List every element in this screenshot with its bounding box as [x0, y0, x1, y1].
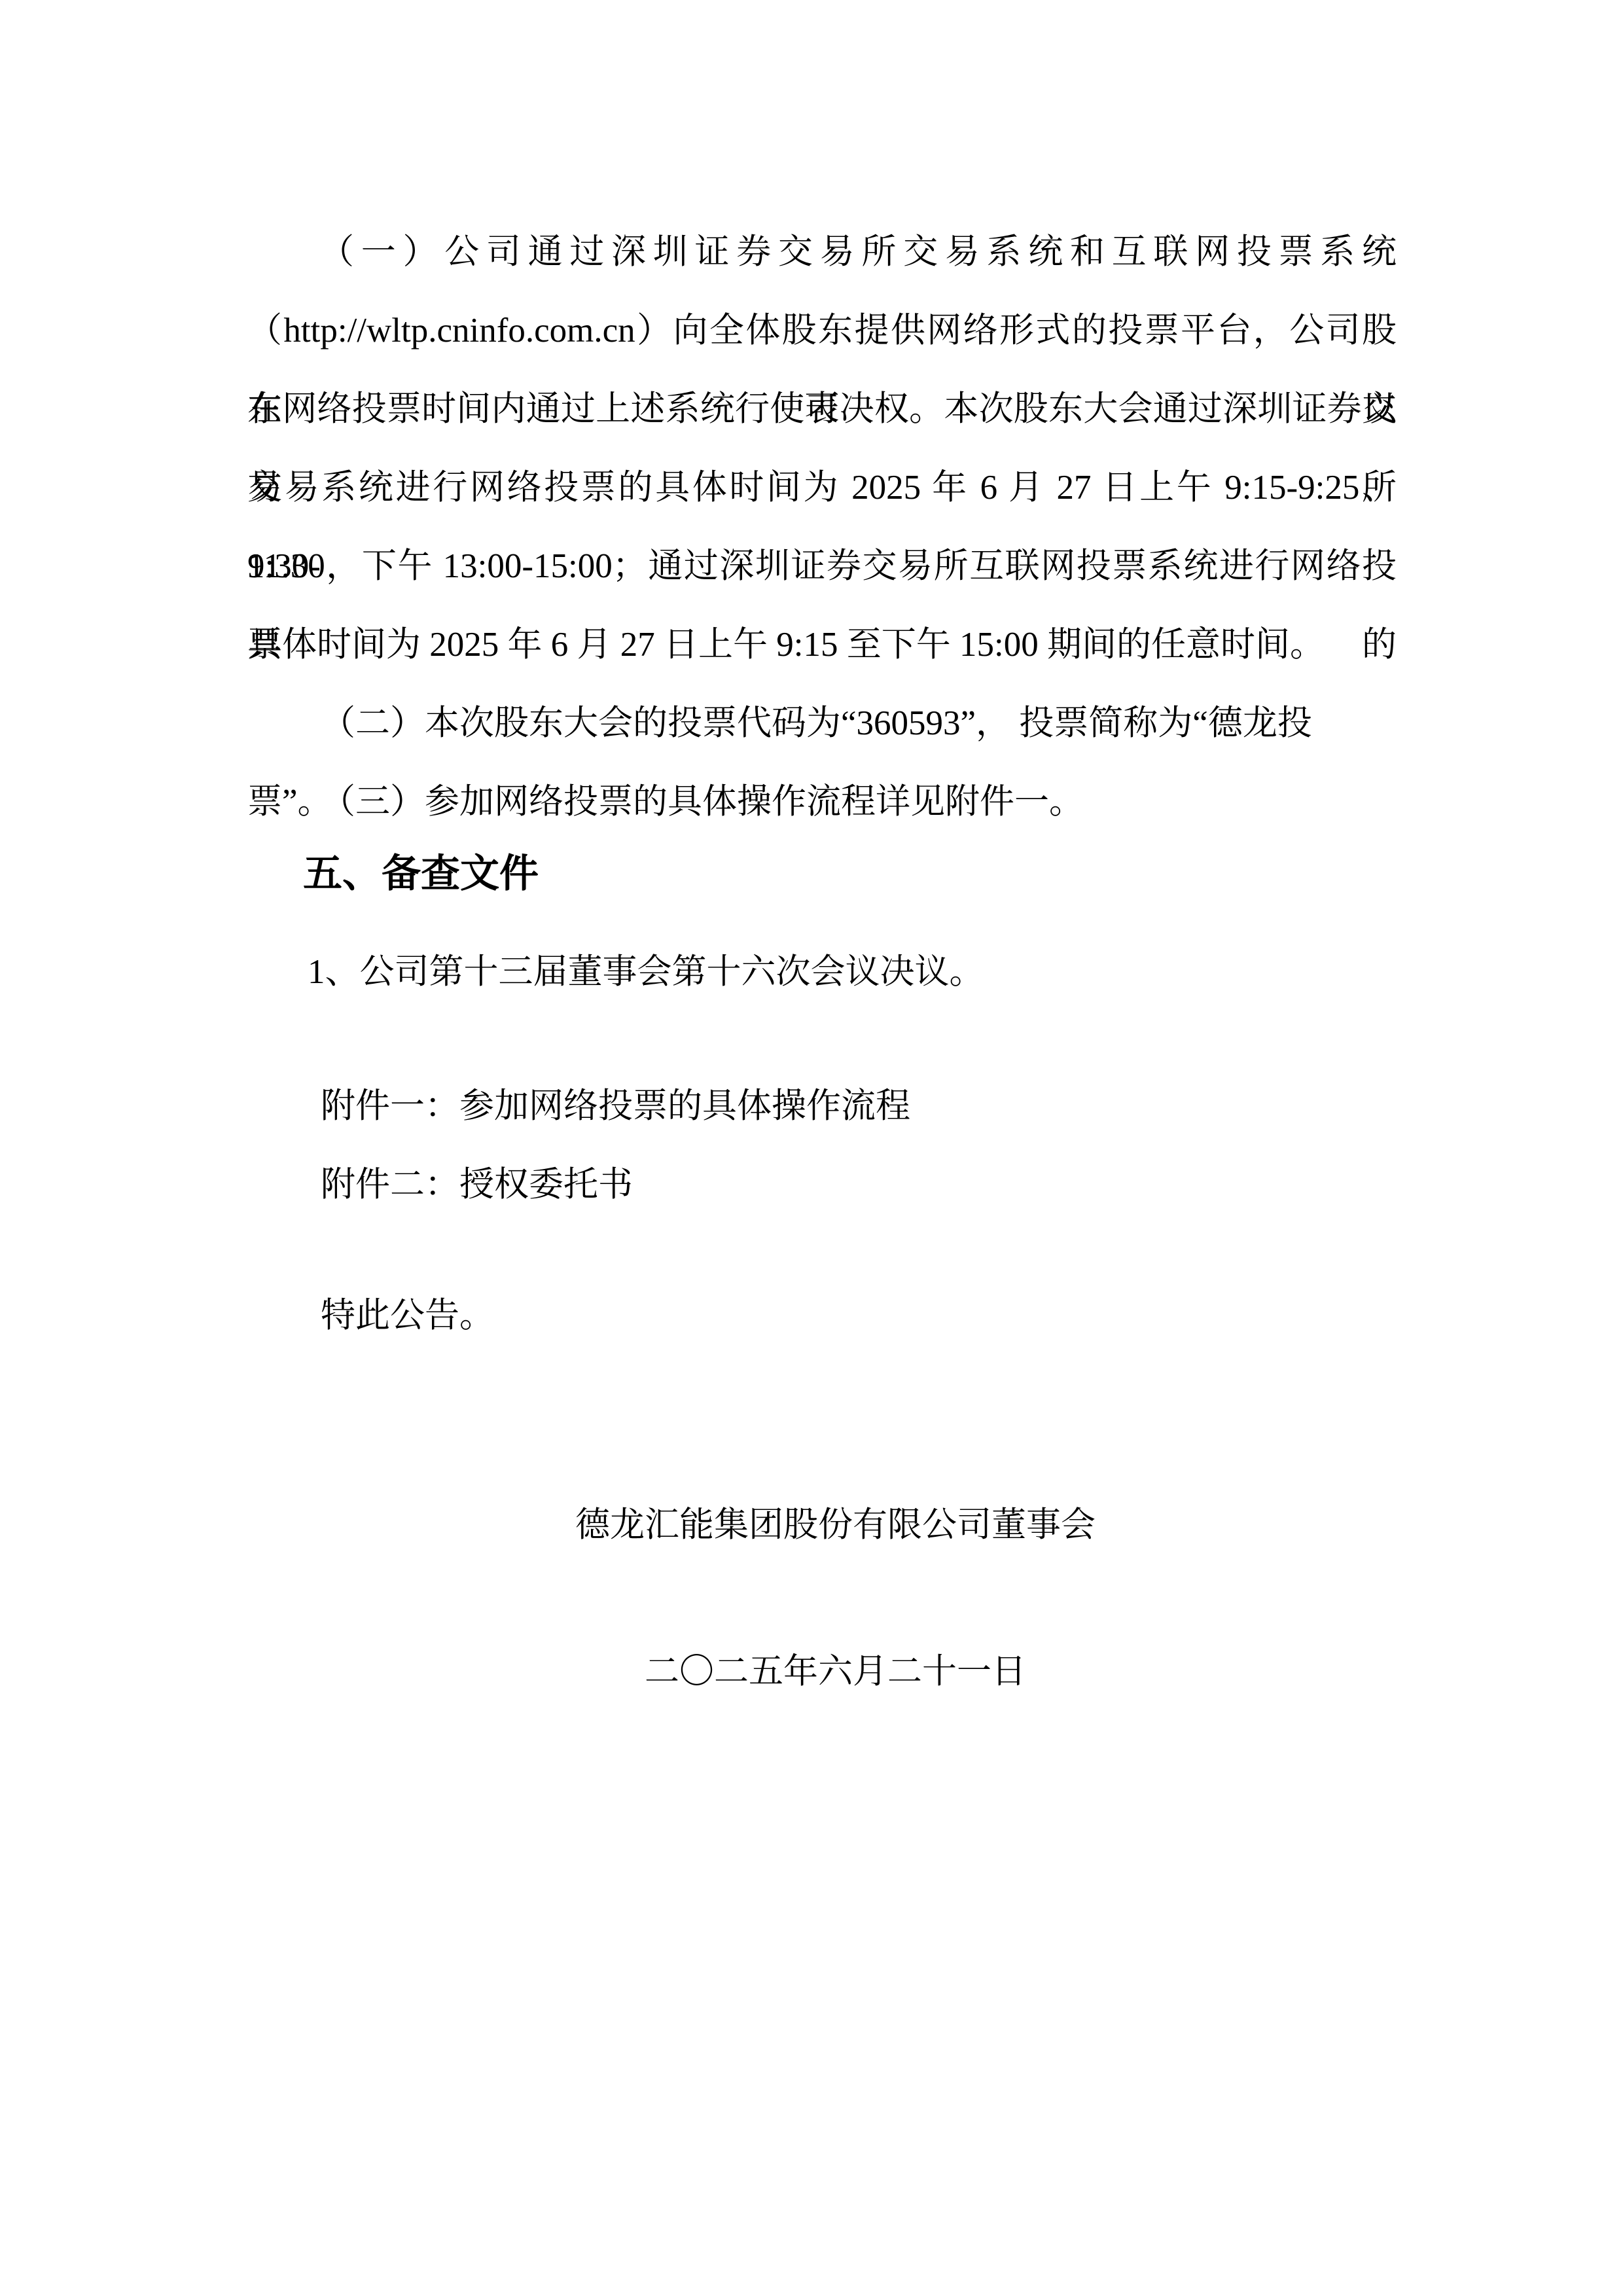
network-voting-paragraph-line-3: 在网络投票时间内通过上述系统行使表决权。本次股东大会通过深圳证券交易所 [247, 370, 1397, 448]
voting-procedure-item: （三）参加网络投票的具体操作流程详见附件一。 [247, 762, 1397, 841]
network-voting-paragraph-line-1: （一）公司通过深圳证券交易所交易系统和互联网投票系统 [247, 213, 1397, 291]
network-voting-paragraph-line-4: 交易系统进行网络投票的具体时间为 2025 年 6 月 27 日上午 9:15-… [247, 448, 1397, 527]
voting-code-item: （二）本次股东大会的投票代码为“360593”， 投票简称为“德龙投票”。 [247, 684, 1397, 762]
network-voting-paragraph-line-6: 具体时间为 2025 年 6 月 27 日上午 9:15 至下午 15:00 期… [247, 605, 1397, 684]
attachment-one-label: 附件一：参加网络投票的具体操作流程 [247, 1067, 1397, 1145]
signature-block: 德龙汇能集团股份有限公司董事会 二〇二五年六月二十一日 [575, 1486, 1096, 1711]
section-five-heading: 五、备查文件 [247, 841, 1397, 906]
network-voting-paragraph-line-5: 11:30，下午 13:00-15:00；通过深圳证券交易所互联网投票系统进行网… [247, 527, 1397, 605]
signature-company-name: 德龙汇能集团股份有限公司董事会 [575, 1486, 1096, 1564]
document-body: （一）公司通过深圳证券交易所交易系统和互联网投票系统 （http://wltp.… [0, 0, 1623, 1711]
closing-statement: 特此公告。 [247, 1276, 1397, 1355]
attachment-two-label: 附件二：授权委托书 [247, 1145, 1397, 1224]
document-page: （一）公司通过深圳证券交易所交易系统和互联网投票系统 （http://wltp.… [0, 0, 1623, 2296]
signature-date: 二〇二五年六月二十一日 [575, 1632, 1096, 1711]
reference-document-item: 1、公司第十三届董事会第十六次会议决议。 [247, 933, 1397, 1011]
network-voting-paragraph-line-2: （http://wltp.cninfo.com.cn）向全体股东提供网络形式的投… [247, 291, 1397, 370]
